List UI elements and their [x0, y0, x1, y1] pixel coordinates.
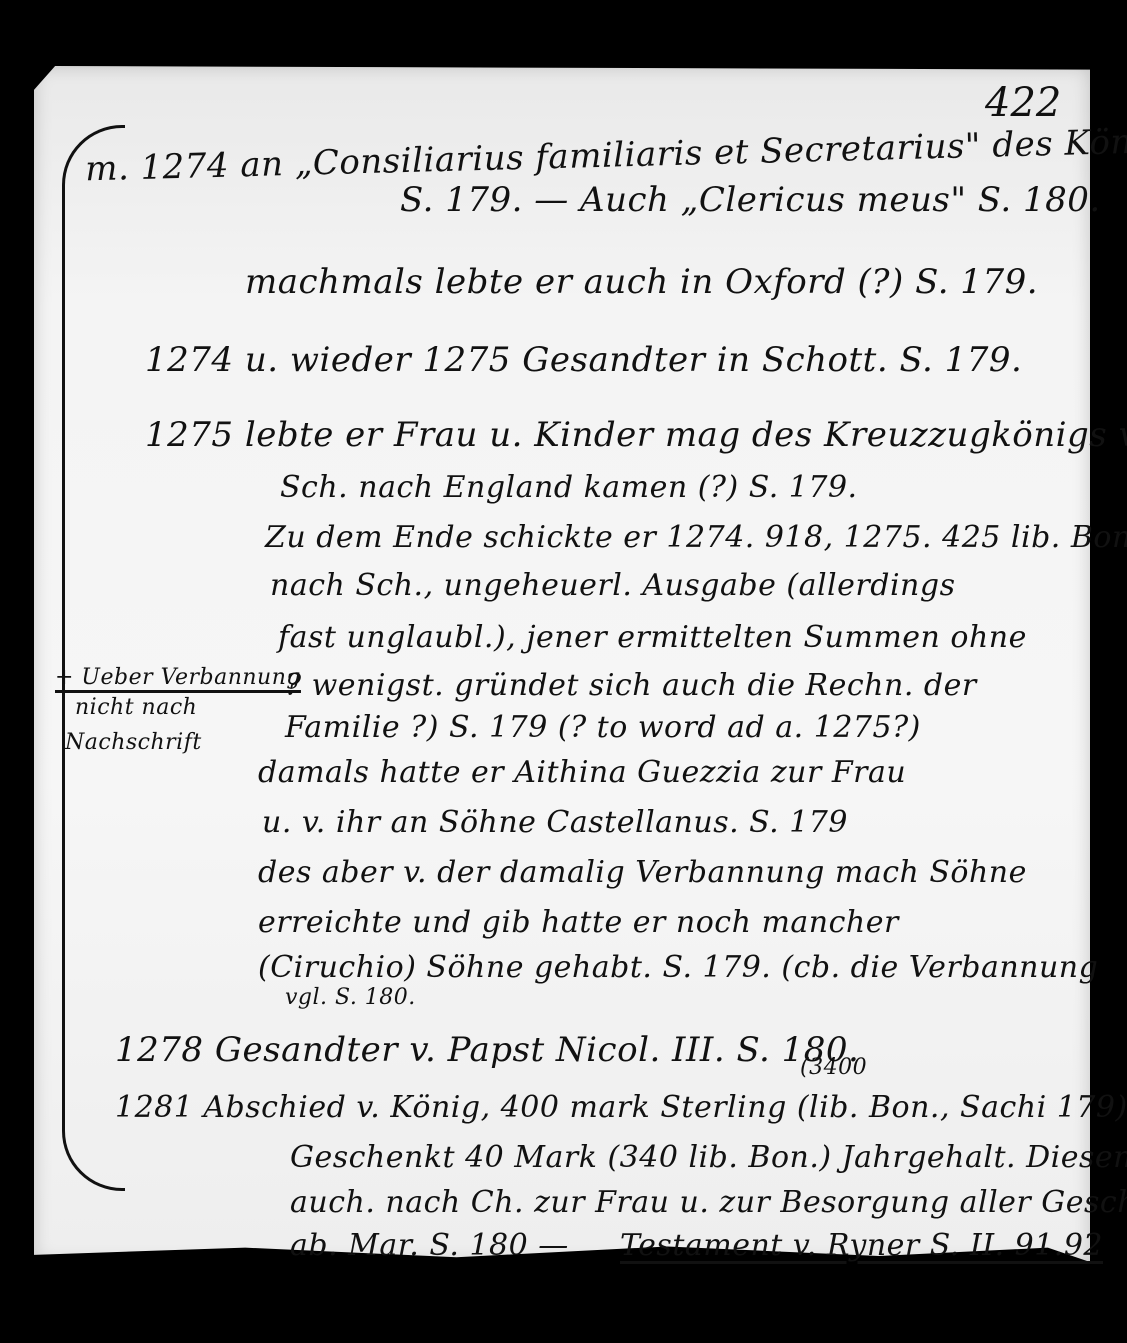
manuscript-line: 1274 u. wieder 1275 Gesandter in Schott.…: [145, 340, 1022, 380]
manuscript-line: Geschenkt 40 Mark (340 lib. Bon.) Jahrge…: [290, 1140, 1127, 1175]
manuscript-line: nach Sch., ungeheuerl. Ausgabe (allerdin…: [270, 568, 955, 603]
manuscript-line: damals hatte er Aithina Guezzia zur Frau: [258, 755, 906, 790]
manuscript-line: Testament v. Ryner S. II. 91.92: [620, 1228, 1103, 1263]
manuscript-line: machmals lebte er auch in Oxford (?) S. …: [245, 262, 1038, 302]
manuscript-line: (Ciruchio) Söhne gehabt. S. 179. (cb. di…: [258, 950, 1098, 985]
manuscript-line: vgl. S. 180.: [285, 985, 416, 1010]
manuscript-line: des aber v. der damalig Verbannung mach …: [258, 855, 1027, 890]
manuscript-line: u. v. ihr an Söhne Castellanus. S. 179: [262, 805, 848, 840]
manuscript-line: Sch. nach England kamen (?) S. 179.: [280, 470, 858, 505]
margin-note-line: Nachschrift: [65, 730, 202, 755]
margin-note-line: + Ueber Verbannung: [55, 665, 301, 690]
manuscript-page: [34, 66, 1090, 1262]
manuscript-line: 1281 Abschied v. König, 400 mark Sterlin…: [115, 1090, 1127, 1125]
manuscript-line: (3400: [800, 1055, 867, 1080]
folio-number: 422: [985, 80, 1061, 126]
manuscript-line: fast unglaubl.), jener ermittelten Summe…: [278, 620, 1027, 655]
manuscript-line: auch. nach Ch. zur Frau u. zur Besorgung…: [290, 1185, 1127, 1220]
manuscript-line: S. 179. — Auch „Clericus meus" S. 180.: [400, 180, 1101, 220]
manuscript-line: ? wenigst. gründet sich auch die Rechn. …: [285, 668, 977, 703]
manuscript-line: Familie ?) S. 179 (? to word ad a. 1275?…: [285, 710, 921, 745]
manuscript-line: 1275 lebte er Frau u. Kinder mag des Kre…: [145, 415, 1127, 455]
manuscript-line: Zu dem Ende schickte er 1274. 918, 1275.…: [265, 520, 1127, 555]
manuscript-line: erreichte und gib hatte er noch mancher: [258, 905, 899, 940]
margin-note-line: nicht nach: [75, 695, 197, 720]
manuscript-line: ab. Mar. S. 180 —: [290, 1228, 569, 1263]
manuscript-line: 1278 Gesandter v. Papst Nicol. III. S. 1…: [115, 1030, 859, 1070]
